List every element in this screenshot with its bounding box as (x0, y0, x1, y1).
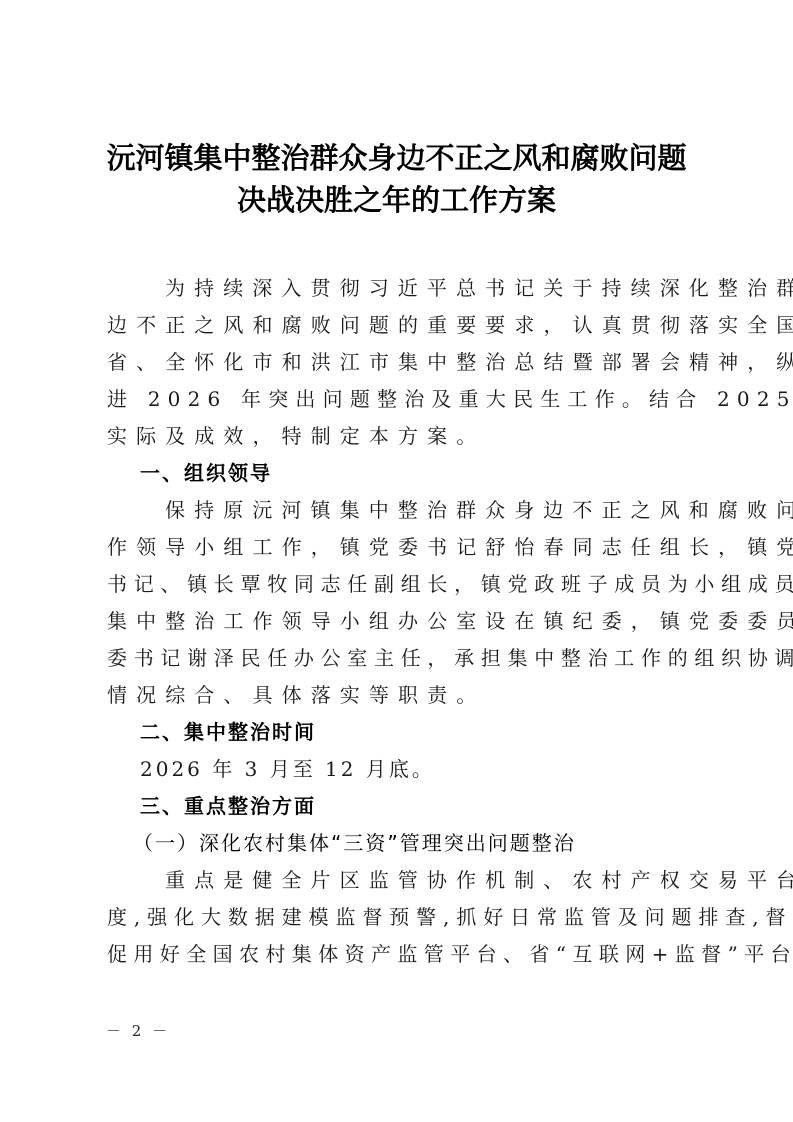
paragraph-line: 进 2026 年突出问题整治及重大民生工作。结合 2025 年工作 (107, 381, 695, 418)
document-page: 沅河镇集中整治群众身边不正之风和腐败问题 决战决胜之年的工作方案 为持续深入贯彻… (0, 0, 793, 1122)
paragraph-line: 度,强化大数据建模监督预警,抓好日常监管及问题排查,督 (107, 899, 695, 936)
paragraph-line: 重点是健全片区监管协作机制、农村产权交易平台等制 (107, 862, 695, 899)
paragraph-line: 实际及成效，特制定本方案。 (107, 418, 695, 455)
paragraph-line: 集中整治工作领导小组办公室设在镇纪委，镇党委委员、纪 (107, 603, 695, 640)
paragraph-line: 书记、镇长覃牧同志任副组长，镇党政班子成员为小组成员。 (107, 566, 695, 603)
paragraph-line: 作领导小组工作，镇党委书记舒怡春同志任组长，镇党委副 (107, 529, 695, 566)
intro-paragraph: 为持续深入贯彻习近平总书记关于持续深化整治群众身 边不正之风和腐败问题的重要要求… (107, 270, 695, 455)
section-heading-focus-areas: 三、重点整治方面 (107, 788, 695, 825)
paragraph-line: 促用好全国农村集体资产监管平台、省“互联网+监督”平台， (107, 936, 695, 973)
section-heading-organization: 一、组织领导 (107, 455, 695, 492)
paragraph-line: 委书记谢泽民任办公室主任，承担集中整治工作的组织协调、 (107, 640, 695, 677)
document-title-line-2: 决战决胜之年的工作方案 (60, 180, 733, 220)
document-body: 为持续深入贯彻习近平总书记关于持续深化整治群众身 边不正之风和腐败问题的重要要求… (107, 270, 695, 973)
rural-assets-paragraph: 重点是健全片区监管协作机制、农村产权交易平台等制 度,强化大数据建模监督预警,抓… (107, 862, 695, 973)
paragraph-line: 情况综合、具体落实等职责。 (107, 677, 695, 714)
page-number: － 2 － (106, 1020, 170, 1041)
paragraph-line: 边不正之风和腐败问题的重要要求，认真贯彻落实全国、全 (107, 307, 695, 344)
time-range-text: 2026 年 3 月至 12 月底。 (107, 751, 695, 788)
paragraph-line: 为持续深入贯彻习近平总书记关于持续深化整治群众身 (107, 270, 695, 307)
organization-paragraph: 保持原沅河镇集中整治群众身边不正之风和腐败问题工 作领导小组工作，镇党委书记舒怡… (107, 492, 695, 714)
document-title-line-1: 沅河镇集中整治群众身边不正之风和腐败问题 (60, 138, 733, 178)
section-heading-time: 二、集中整治时间 (107, 714, 695, 751)
subsection-heading-rural-assets: （一）深化农村集体“三资”管理突出问题整治 (107, 825, 695, 862)
paragraph-line: 保持原沅河镇集中整治群众身边不正之风和腐败问题工 (107, 492, 695, 529)
paragraph-line: 省、全怀化市和洪江市集中整治总结暨部署会精神，纵深推 (107, 344, 695, 381)
